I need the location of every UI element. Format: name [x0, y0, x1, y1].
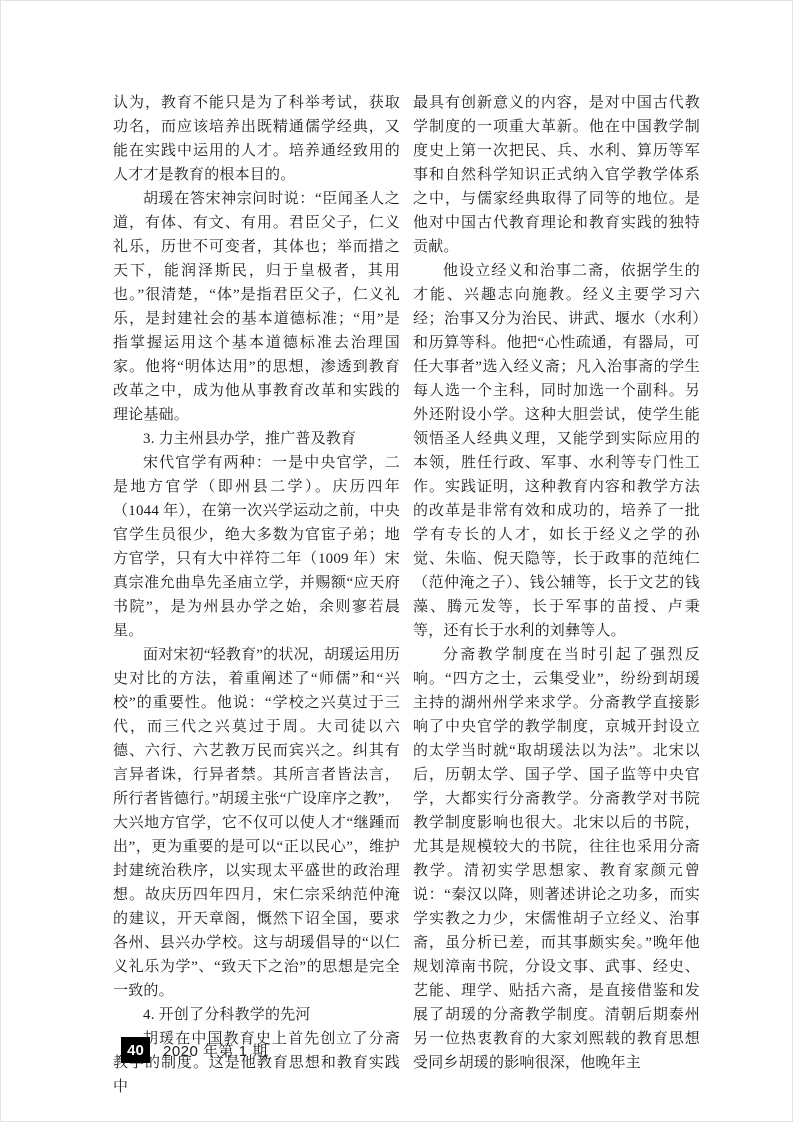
paragraph: 胡瑗在答宋神宗问时说：“臣闻圣人之道，有体、有文、有用。君臣父子，仁义礼乐，历世… [113, 187, 400, 427]
paragraph: 最具有创新意义的内容，是对中国古代教学制度的一项重大革新。他在中国教学制度史上第… [413, 91, 700, 259]
paragraph: 面对宋初“轻教育”的状况，胡瑗运用历史对比的方法，着重阐述了“师儒”和“兴校”的… [113, 643, 400, 1003]
paragraph: 他设立经义和治事二斋，依据学生的才能、兴趣志向施教。经义主要学习六经；治事又分为… [413, 259, 700, 643]
issue-label: 2020 年第 1 期 [163, 1040, 268, 1061]
paragraph: 分斋教学制度在当时引起了强烈反响。“四方之士，云集受业”，纷纷到胡瑗主持的湖州州… [413, 643, 700, 1075]
column-right: 最具有创新意义的内容，是对中国古代教学制度的一项重大革新。他在中国教学制度史上第… [413, 91, 700, 1099]
section-heading: 3. 力主州县办学，推广普及教育 [113, 427, 400, 451]
journal-page: 认为，教育不能只是为了科举考试，获取功名，而应该培养出既精通儒学经典，又能在实践… [0, 0, 793, 1122]
paragraph: 认为，教育不能只是为了科举考试，获取功名，而应该培养出既精通儒学经典，又能在实践… [113, 91, 400, 187]
paragraph: 宋代官学有两种：一是中央官学，二是地方官学（即州县二学）。庆历四年（1044 年… [113, 451, 400, 643]
column-left: 认为，教育不能只是为了科举考试，获取功名，而应该培养出既精通儒学经典，又能在实践… [113, 91, 400, 1099]
page-number-badge: 40 [121, 1037, 150, 1063]
text-columns: 认为，教育不能只是为了科举考试，获取功名，而应该培养出既精通儒学经典，又能在实践… [113, 91, 700, 1099]
footer: 40 2020 年第 1 期 [121, 1037, 268, 1063]
section-heading: 4. 开创了分科教学的先河 [113, 1003, 400, 1027]
